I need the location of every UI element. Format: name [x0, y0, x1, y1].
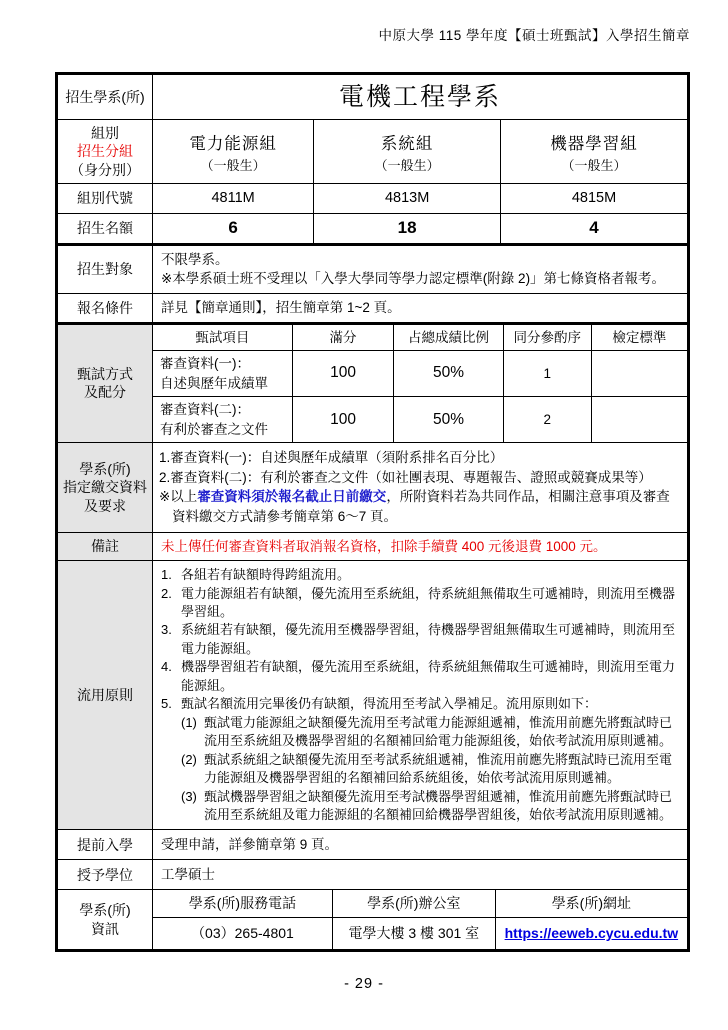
- group-code-cell: 4811M: [153, 184, 313, 213]
- transfer-item-no: 5.: [161, 695, 181, 713]
- transfer-item-no: 3.: [161, 621, 181, 639]
- department-name-cell: 電機工程學系: [153, 75, 687, 119]
- row-early-admission: 提前入學 受理申請，詳參簡章第 9 頁。: [58, 829, 687, 859]
- exam-label-line2: 及配分: [84, 383, 126, 401]
- submission-note: ※以上審查資料須於報名截止日前繳交，所附資料若為共同作品，相關注意事項及審查 資…: [159, 487, 681, 526]
- conditions-text: 詳見【簡章通則】，招生簡章第 1~2 頁。: [161, 298, 679, 318]
- exam-item-line1: 審查資料(一)：: [160, 354, 250, 374]
- submission-label-line1: 學系(所): [79, 460, 130, 478]
- submission-note-prefix: ※以上: [159, 489, 197, 504]
- transfer-item-text: 甄試名額流用完畢後仍有缺額，得流用至考試入學補足。流用原則如下：: [181, 695, 679, 713]
- group-code: 4813M: [385, 190, 429, 206]
- exam-header-fullscore: 滿分: [292, 325, 393, 351]
- target-text-cell: 不限學系。 ※本學系碩士班不受理以「入學大學同等學力認定標準(附錄 2)」第七條…: [153, 246, 687, 293]
- group-quota-cell: 18: [313, 214, 500, 243]
- group-cell-system: 系統組 （一般生）: [313, 120, 500, 183]
- exam-header-standard: 檢定標準: [591, 325, 687, 351]
- code-label: 組別代號: [58, 184, 153, 213]
- transfer-subitem-no: (3): [181, 788, 204, 806]
- exam-row2-standard: [591, 396, 687, 442]
- group-quota: 18: [398, 218, 417, 238]
- submission-text-cell: 1.審查資料(一)：自述與歷年成績單（須附系排名百分比） 2.審查資料(二)：有…: [153, 443, 687, 531]
- exam-label: 甄試方式 及配分: [58, 325, 153, 443]
- info-phone: （03）265-4801: [153, 917, 332, 949]
- submission-label-line2: 指定繳交資料: [63, 478, 147, 496]
- row-group-codes: 組別代號 4811M 4813M 4815M: [58, 183, 687, 213]
- group-name: 電力能源組: [189, 130, 277, 154]
- group-cell-power: 電力能源組 （一般生）: [153, 120, 313, 183]
- ratio: 50%: [433, 409, 464, 431]
- department-info-label-line2: 資訊: [91, 920, 119, 938]
- exam-row1-standard: [591, 350, 687, 396]
- group-code-cell: 4815M: [500, 184, 687, 213]
- department-info-table: 學系(所)服務電話 學系(所)辦公室 學系(所)網址 （03）265-4801 …: [153, 890, 687, 948]
- group-code-cells: 4811M 4813M 4815M: [153, 184, 687, 213]
- transfer-item: 3. 系統組若有缺額，優先流用至機器學習組，待機器學習組無備取生可遞補時，則流用…: [161, 621, 679, 658]
- quota-label: 招生名額: [58, 214, 153, 243]
- transfer-item-text: 各組若有缺額時得跨組流用。: [181, 566, 679, 584]
- exam-label-line1: 甄試方式: [77, 365, 133, 383]
- row-department-info: 學系(所) 資訊 學系(所)服務電話 學系(所)辦公室 學系(所)網址 （03）…: [58, 889, 687, 948]
- transfer-item-text: 系統組若有缺額，優先流用至機器學習組，待機器學習組無備取生可遞補時，則流用至電力…: [181, 621, 679, 658]
- early-admission-text-cell: 受理申請，詳參簡章第 9 頁。: [153, 830, 687, 859]
- transfer-subitem-text: 甄試電力能源組之缺額優先流用至考試電力能源組遞補，惟流用前應先將甄試時已流用至系…: [204, 714, 679, 751]
- remark-label: 備註: [58, 533, 153, 561]
- tiebreak: 2: [544, 410, 552, 430]
- exam-row2-tiebreak: 2: [503, 396, 591, 442]
- transfer-item: 2. 電力能源組若有缺額，優先流用至系統組，待系統組無備取生可遞補時，則流用至機…: [161, 585, 679, 622]
- group-identity: （一般生）: [562, 155, 627, 174]
- full-score: 100: [330, 409, 356, 431]
- exam-row2-item: 審查資料(二)： 有利於審查之文件: [153, 396, 292, 442]
- early-admission-text: 受理申請，詳參簡章第 9 頁。: [161, 835, 679, 855]
- transfer-item-text: 機器學習組若有缺額，優先流用至系統組，待系統組無備取生可遞補時，則流用至電力能源…: [181, 658, 679, 695]
- transfer-subitem-text: 甄試機器學習組之缺額優先流用至考試機器學習組遞補，惟流用前應先將甄試時已流用至系…: [204, 788, 679, 825]
- group-quota-cells: 6 18 4: [153, 214, 687, 243]
- remark-text: 未上傳任何審查資料者取消報名資格，扣除手續費 400 元後退費 1000 元。: [161, 537, 679, 557]
- submission-note-deadline: 審查資料須於報名截止日前繳交: [197, 489, 386, 504]
- exam-item-line2: 有利於審查之文件: [160, 420, 268, 440]
- department-info-label-line1: 學系(所): [79, 901, 130, 919]
- row-department: 招生學系(所) 電機工程學系: [58, 75, 687, 119]
- degree-text: 工學碩士: [161, 865, 679, 885]
- exam-table: 甄試項目 滿分 占總成績比例 同分參酌序 檢定標準 審查資料(一)： 自述與歷年…: [153, 325, 687, 443]
- group-cell-ml: 機器學習組 （一般生）: [500, 120, 687, 183]
- ratio: 50%: [433, 362, 464, 384]
- transfer-item-no: 2.: [161, 585, 181, 603]
- exam-item-line1: 審查資料(二)：: [160, 400, 250, 420]
- admission-brochure-page: 中原大學 115 學年度【碩士班甄試】入學招生簡章 招生學系(所) 電機工程學系…: [0, 0, 728, 1030]
- department-info-label: 學系(所) 資訊: [58, 890, 153, 948]
- row-transfer: 流用原則 1. 各組若有缺額時得跨組流用。 2. 電力能源組若有缺額，優先流用至…: [58, 560, 687, 829]
- exam-header-tiebreak: 同分參酌序: [503, 325, 591, 351]
- row-conditions: 報名條件 詳見【簡章通則】，招生簡章第 1~2 頁。: [58, 293, 687, 322]
- department-info-table-cell: 學系(所)服務電話 學系(所)辦公室 學系(所)網址 （03）265-4801 …: [153, 890, 687, 948]
- group-identity: （一般生）: [201, 155, 266, 174]
- transfer-subitem: (1) 甄試電力能源組之缺額優先流用至考試電力能源組遞補，惟流用前應先將甄試時已…: [181, 714, 679, 751]
- info-header-website: 學系(所)網址: [495, 890, 687, 916]
- transfer-subitem-no: (1): [181, 714, 204, 732]
- info-website-cell: https://eeweb.cycu.edu.tw: [495, 917, 687, 949]
- transfer-label: 流用原則: [58, 561, 153, 829]
- info-office: 電學大樓 3 樓 301 室: [332, 917, 495, 949]
- transfer-item: 1. 各組若有缺額時得跨組流用。: [161, 566, 679, 584]
- document-header: 中原大學 115 學年度【碩士班甄試】入學招生簡章: [378, 24, 690, 44]
- transfer-text-cell: 1. 各組若有缺額時得跨組流用。 2. 電力能源組若有缺額，優先流用至系統組，待…: [153, 561, 687, 829]
- submission-item1: 1.審查資料(一)：自述與歷年成績單（須附系排名百分比）: [159, 448, 681, 468]
- exam-header-ratio: 占總成績比例: [393, 325, 502, 351]
- transfer-subitem-text: 甄試系統組之缺額優先流用至考試系統組遞補，惟流用前應先將甄試時已流用至電力能源組…: [204, 751, 679, 788]
- row-remark: 備註 未上傳任何審查資料者取消報名資格，扣除手續費 400 元後退費 1000 …: [58, 532, 687, 561]
- transfer-item-text: 電力能源組若有缺額，優先流用至系統組，待系統組無備取生可遞補時，則流用至機器學習…: [181, 585, 679, 622]
- info-header-phone: 學系(所)服務電話: [153, 890, 332, 916]
- exam-row1-ratio: 50%: [393, 350, 502, 396]
- group-code: 4811M: [211, 190, 254, 206]
- exam-row1-fullscore: 100: [292, 350, 393, 396]
- row-target: 招生對象 不限學系。 ※本學系碩士班不受理以「入學大學同等學力認定標準(附錄 2…: [58, 243, 687, 293]
- exam-row1-tiebreak: 1: [503, 350, 591, 396]
- group-name: 機器學習組: [550, 130, 638, 154]
- submission-label-line3: 及要求: [84, 497, 126, 515]
- exam-row2-fullscore: 100: [292, 396, 393, 442]
- exam-table-cell: 甄試項目 滿分 占總成績比例 同分參酌序 檢定標準 審查資料(一)： 自述與歷年…: [153, 325, 687, 443]
- exam-row1-item: 審查資料(一)： 自述與歷年成績單: [153, 350, 292, 396]
- department-website-link[interactable]: https://eeweb.cycu.edu.tw: [505, 923, 678, 943]
- group-quota: 4: [589, 218, 598, 238]
- department-label: 招生學系(所): [58, 75, 153, 119]
- target-line2: ※本學系碩士班不受理以「入學大學同等學力認定標準(附錄 2)」第七條資格者報考。: [161, 269, 679, 289]
- conditions-text-cell: 詳見【簡章通則】，招生簡章第 1~2 頁。: [153, 294, 687, 322]
- row-quotas: 招生名額 6 18 4: [58, 213, 687, 243]
- admission-table: 招生學系(所) 電機工程學系 組別 招生分組 （身分別） 電力能源組 （一般生）…: [55, 72, 690, 952]
- degree-label: 授予學位: [58, 860, 153, 889]
- conditions-label: 報名條件: [58, 294, 153, 322]
- exam-row2-ratio: 50%: [393, 396, 502, 442]
- transfer-item-no: 1.: [161, 566, 181, 584]
- group-identity: （一般生）: [375, 155, 440, 174]
- group-name: 系統組: [381, 130, 434, 154]
- target-line1: 不限學系。: [161, 250, 679, 270]
- transfer-item-no: 4.: [161, 658, 181, 676]
- group-label-line2: 招生分組: [77, 142, 133, 160]
- transfer-subitems: (1) 甄試電力能源組之缺額優先流用至考試電力能源組遞補，惟流用前應先將甄試時已…: [181, 714, 679, 825]
- group-quota-cell: 4: [500, 214, 687, 243]
- tiebreak: 1: [544, 364, 552, 384]
- row-exam: 甄試方式 及配分 甄試項目 滿分 占總成績比例 同分參酌序 檢定標準 審查資料(…: [58, 322, 687, 443]
- early-admission-label: 提前入學: [58, 830, 153, 859]
- degree-text-cell: 工學碩士: [153, 860, 687, 889]
- group-code: 4815M: [572, 190, 616, 206]
- submission-item2: 2.審查資料(二)：有利於審查之文件（如社團表現、專題報告、證照或競賽成果等）: [159, 468, 681, 488]
- group-label-line1: 組別: [91, 124, 119, 142]
- remark-text-cell: 未上傳任何審查資料者取消報名資格，扣除手續費 400 元後退費 1000 元。: [153, 533, 687, 561]
- group-quota-cell: 6: [153, 214, 313, 243]
- group-quota: 6: [228, 218, 237, 238]
- transfer-item: 4. 機器學習組若有缺額，優先流用至系統組，待系統組無備取生可遞補時，則流用至電…: [161, 658, 679, 695]
- row-groups: 組別 招生分組 （身分別） 電力能源組 （一般生） 系統組 （一般生） 機器學習…: [58, 119, 687, 183]
- exam-item-line2: 自述與歷年成績單: [160, 374, 268, 394]
- row-submission: 學系(所) 指定繳交資料 及要求 1.審查資料(一)：自述與歷年成績單（須附系排…: [58, 442, 687, 531]
- target-label: 招生對象: [58, 246, 153, 293]
- department-name: 電機工程學系: [161, 79, 679, 115]
- transfer-subitem-no: (2): [181, 751, 204, 769]
- page-number: - 29 -: [0, 976, 728, 992]
- group-name-cells: 電力能源組 （一般生） 系統組 （一般生） 機器學習組 （一般生）: [153, 120, 687, 183]
- group-code-cell: 4813M: [313, 184, 500, 213]
- exam-header-item: 甄試項目: [153, 325, 292, 351]
- submission-label: 學系(所) 指定繳交資料 及要求: [58, 443, 153, 531]
- row-degree: 授予學位 工學碩士: [58, 859, 687, 889]
- group-label: 組別 招生分組 （身分別）: [58, 120, 153, 183]
- full-score: 100: [330, 362, 356, 384]
- transfer-subitem: (2) 甄試系統組之缺額優先流用至考試系統組遞補，惟流用前應先將甄試時已流用至電…: [181, 751, 679, 788]
- transfer-subitem: (3) 甄試機器學習組之缺額優先流用至考試機器學習組遞補，惟流用前應先將甄試時已…: [181, 788, 679, 825]
- group-label-line3: （身分別）: [70, 161, 140, 179]
- transfer-item: 5. 甄試名額流用完畢後仍有缺額，得流用至考試入學補足。流用原則如下：: [161, 695, 679, 713]
- info-header-office: 學系(所)辦公室: [332, 890, 495, 916]
